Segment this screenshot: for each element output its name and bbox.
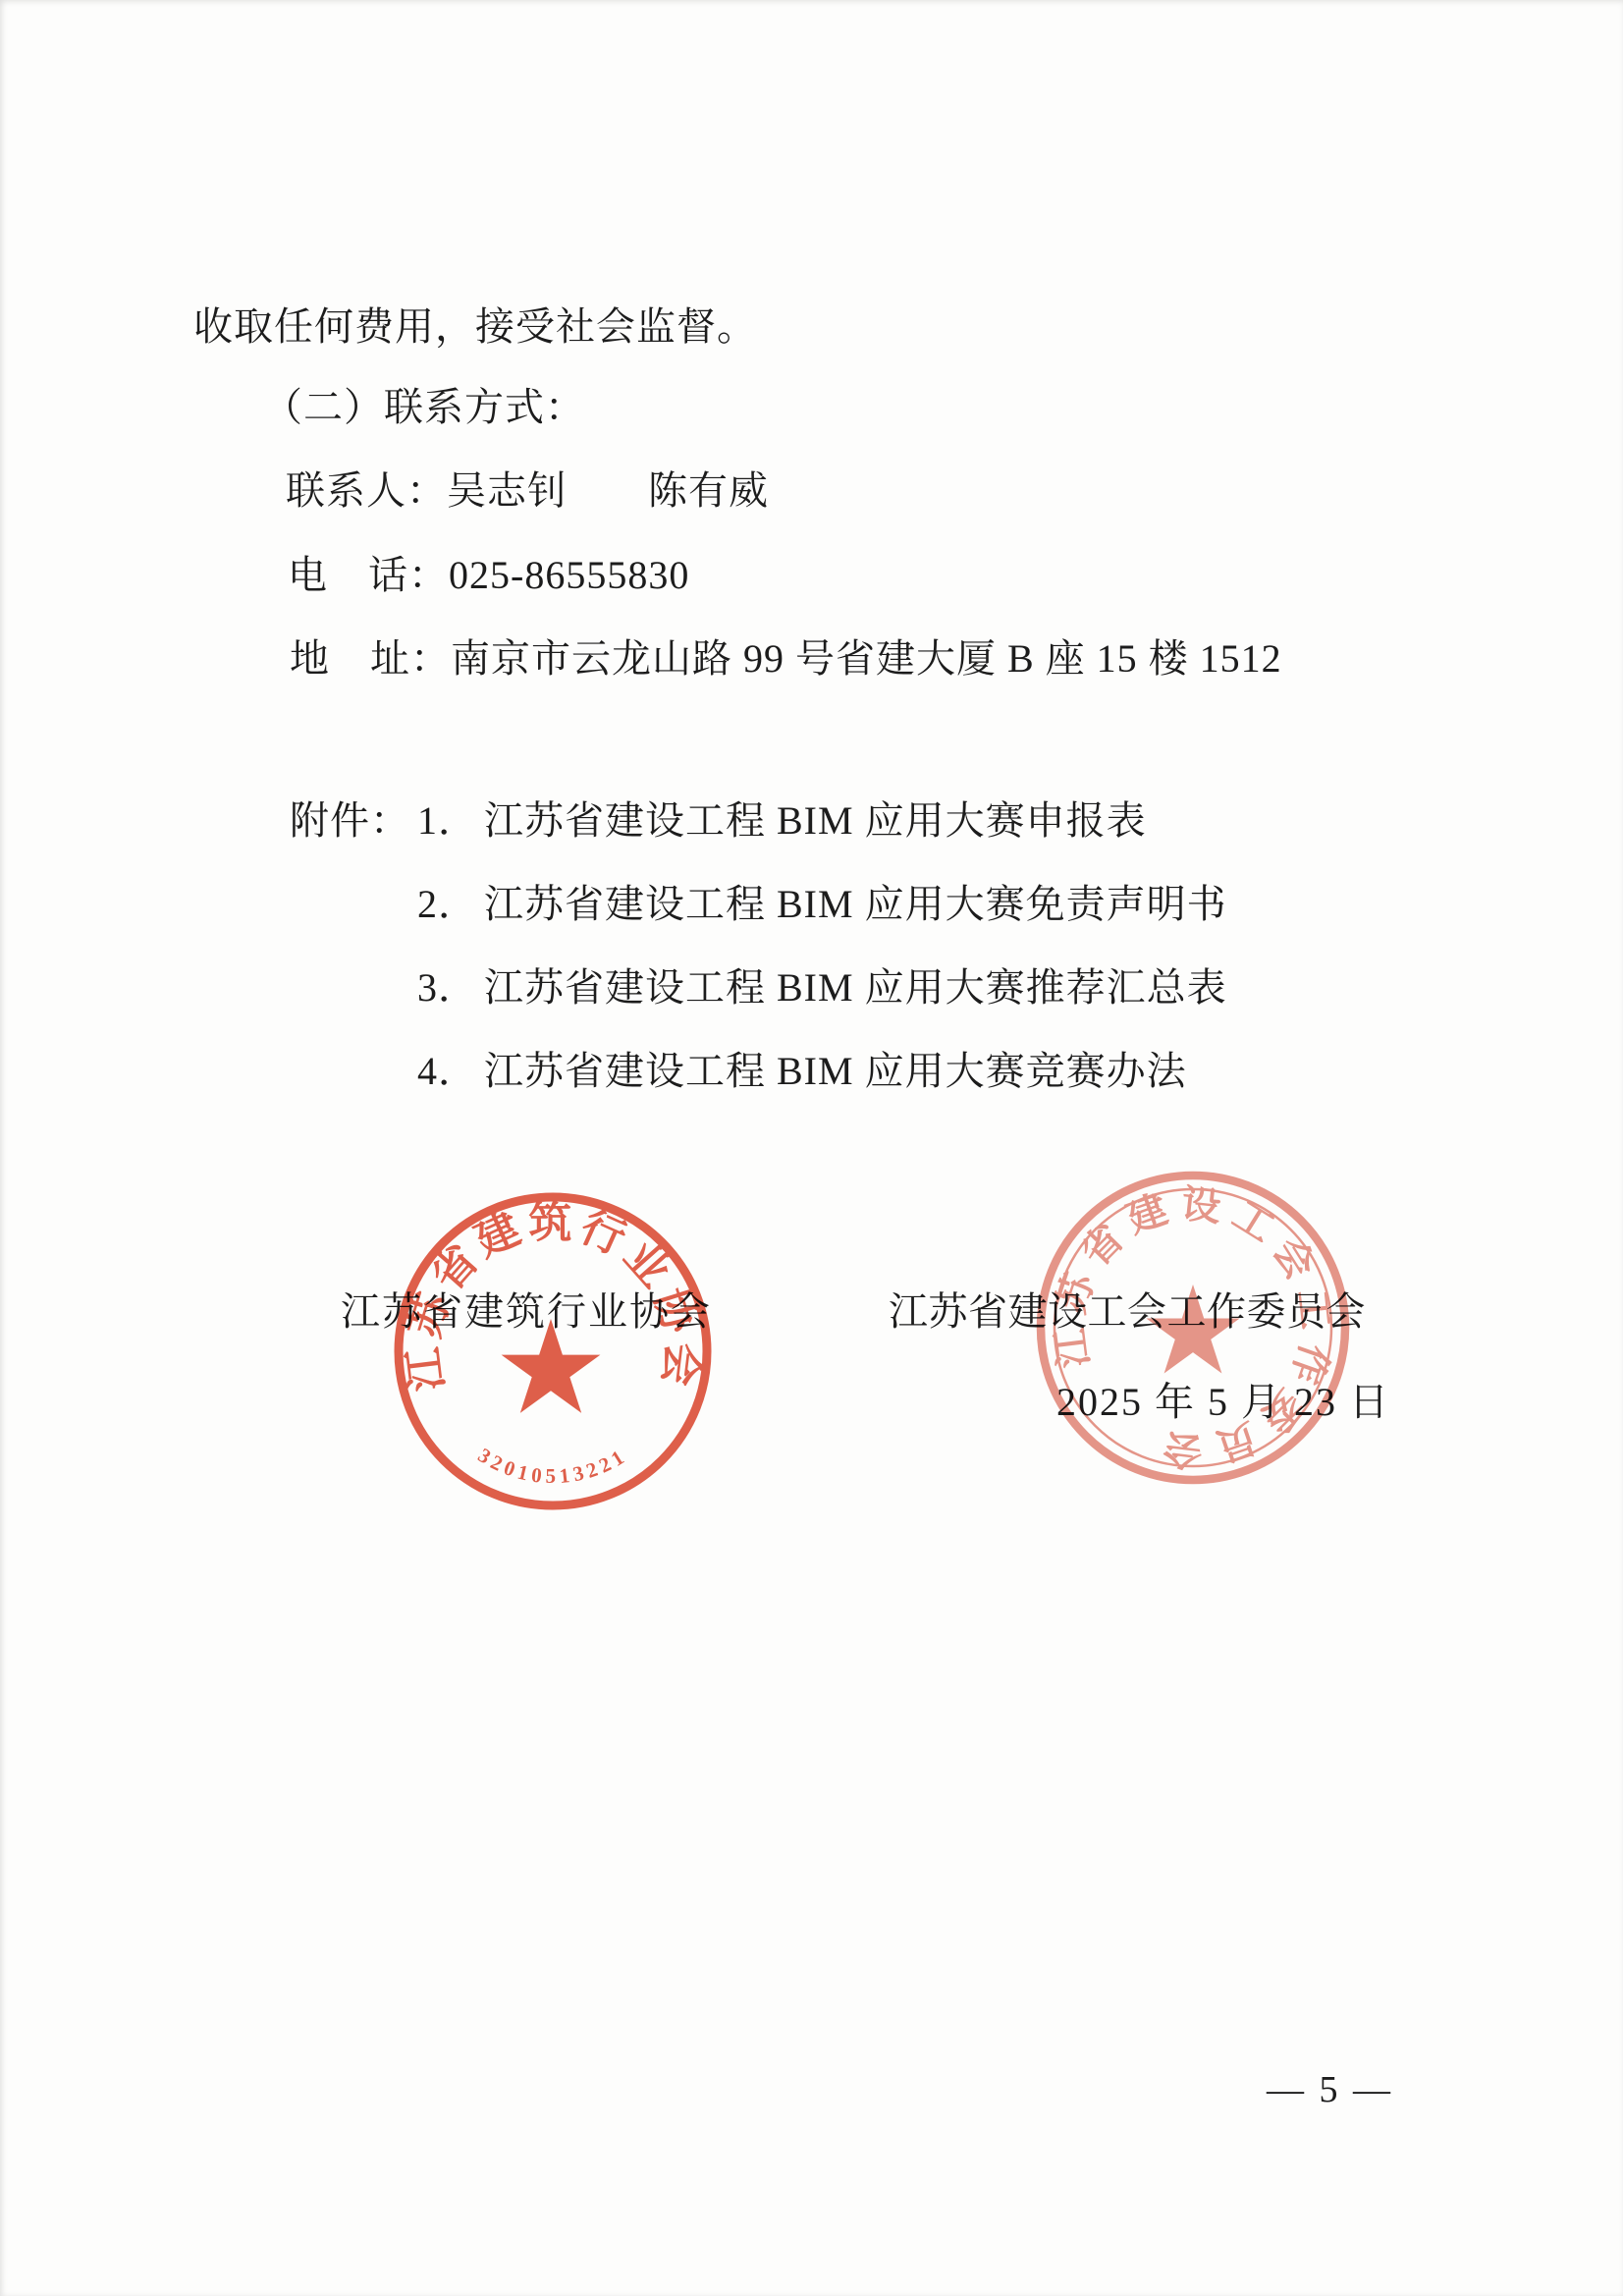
section-heading-contact: （二）联系方式： (263, 384, 585, 431)
attachment-number: 3． (417, 964, 484, 1011)
attachment-number: 2． (417, 881, 484, 928)
page-number: — 5 — (1267, 2068, 1393, 2111)
attachment-title: 江苏省建设工程 BIM 应用大赛竞赛办法 (484, 1049, 1187, 1093)
phone-label: 电 话： (288, 553, 449, 597)
address-value: 南京市云龙山路 99 号省建大厦 B 座 15 楼 1512 (451, 636, 1282, 681)
seal-star-icon (1146, 1285, 1239, 1374)
seal-star-icon (502, 1319, 601, 1413)
attachment-number: 1． (417, 797, 484, 845)
contact-label: 联系人： (286, 468, 447, 513)
official-seal-right: 江苏省建设工会工作委员会 (1029, 1165, 1357, 1493)
address-line: 地 址：南京市云龙山路 99 号省建大厦 B 座 15 楼 1512 (290, 635, 1282, 683)
attachment-row: 4．江苏省建设工程 BIM 应用大赛竞赛办法 (417, 1048, 1187, 1095)
phone-line: 电 话：025-86555830 (288, 552, 689, 599)
contact-names: 吴志钊 陈有威 (447, 468, 769, 513)
address-label: 地 址： (290, 636, 451, 681)
attachment-row: 2．江苏省建设工程 BIM 应用大赛免责声明书 (417, 881, 1227, 928)
body-line-fees: 收取任何费用，接受社会监督。 (193, 303, 757, 351)
contact-line: 联系人：吴志钊 陈有威 (286, 467, 769, 515)
phone-value: 025-86555830 (449, 553, 689, 597)
attachment-title: 江苏省建设工程 BIM 应用大赛申报表 (484, 798, 1147, 843)
attachment-title: 江苏省建设工程 BIM 应用大赛推荐汇总表 (484, 965, 1227, 1010)
attachment-row: 3．江苏省建设工程 BIM 应用大赛推荐汇总表 (417, 964, 1227, 1011)
attachment-row: 附件：1．江苏省建设工程 BIM 应用大赛申报表 (290, 797, 1147, 845)
document-page: 收取任何费用，接受社会监督。 （二）联系方式： 联系人：吴志钊 陈有威 电 话：… (0, 0, 1623, 2296)
official-seal-left: 江苏省建筑行业协会 3201051322120 (388, 1186, 718, 1516)
attachment-number: 4． (417, 1048, 484, 1095)
attachment-title: 江苏省建设工程 BIM 应用大赛免责声明书 (484, 882, 1227, 926)
attachments-label: 附件： (290, 797, 417, 845)
